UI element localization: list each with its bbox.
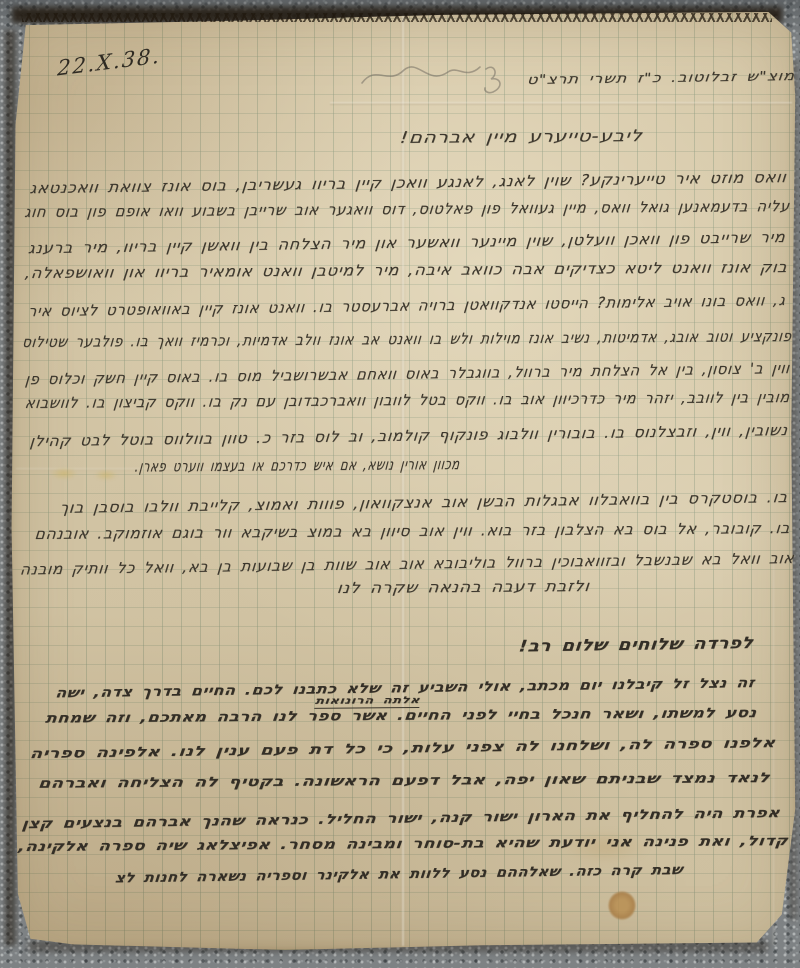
letter-photo: 22.X.38. מוצ"ש זבלוטוב. כ"ז תשרי תרצ"ט ל… bbox=[0, 0, 800, 968]
closing-heading: לפרדה שלוחים שלום רב! bbox=[518, 633, 754, 656]
greeting-line: ליבע-טייערע מיין אברהם! bbox=[399, 126, 644, 147]
pencil-scribble bbox=[358, 56, 510, 96]
handwriting-line: מכוון אורין נושא, אם איש כדרכם או בעצמו … bbox=[134, 455, 461, 476]
handwriting-line: ולזבת דעבה בהנאה שקרה לנו bbox=[336, 577, 591, 597]
